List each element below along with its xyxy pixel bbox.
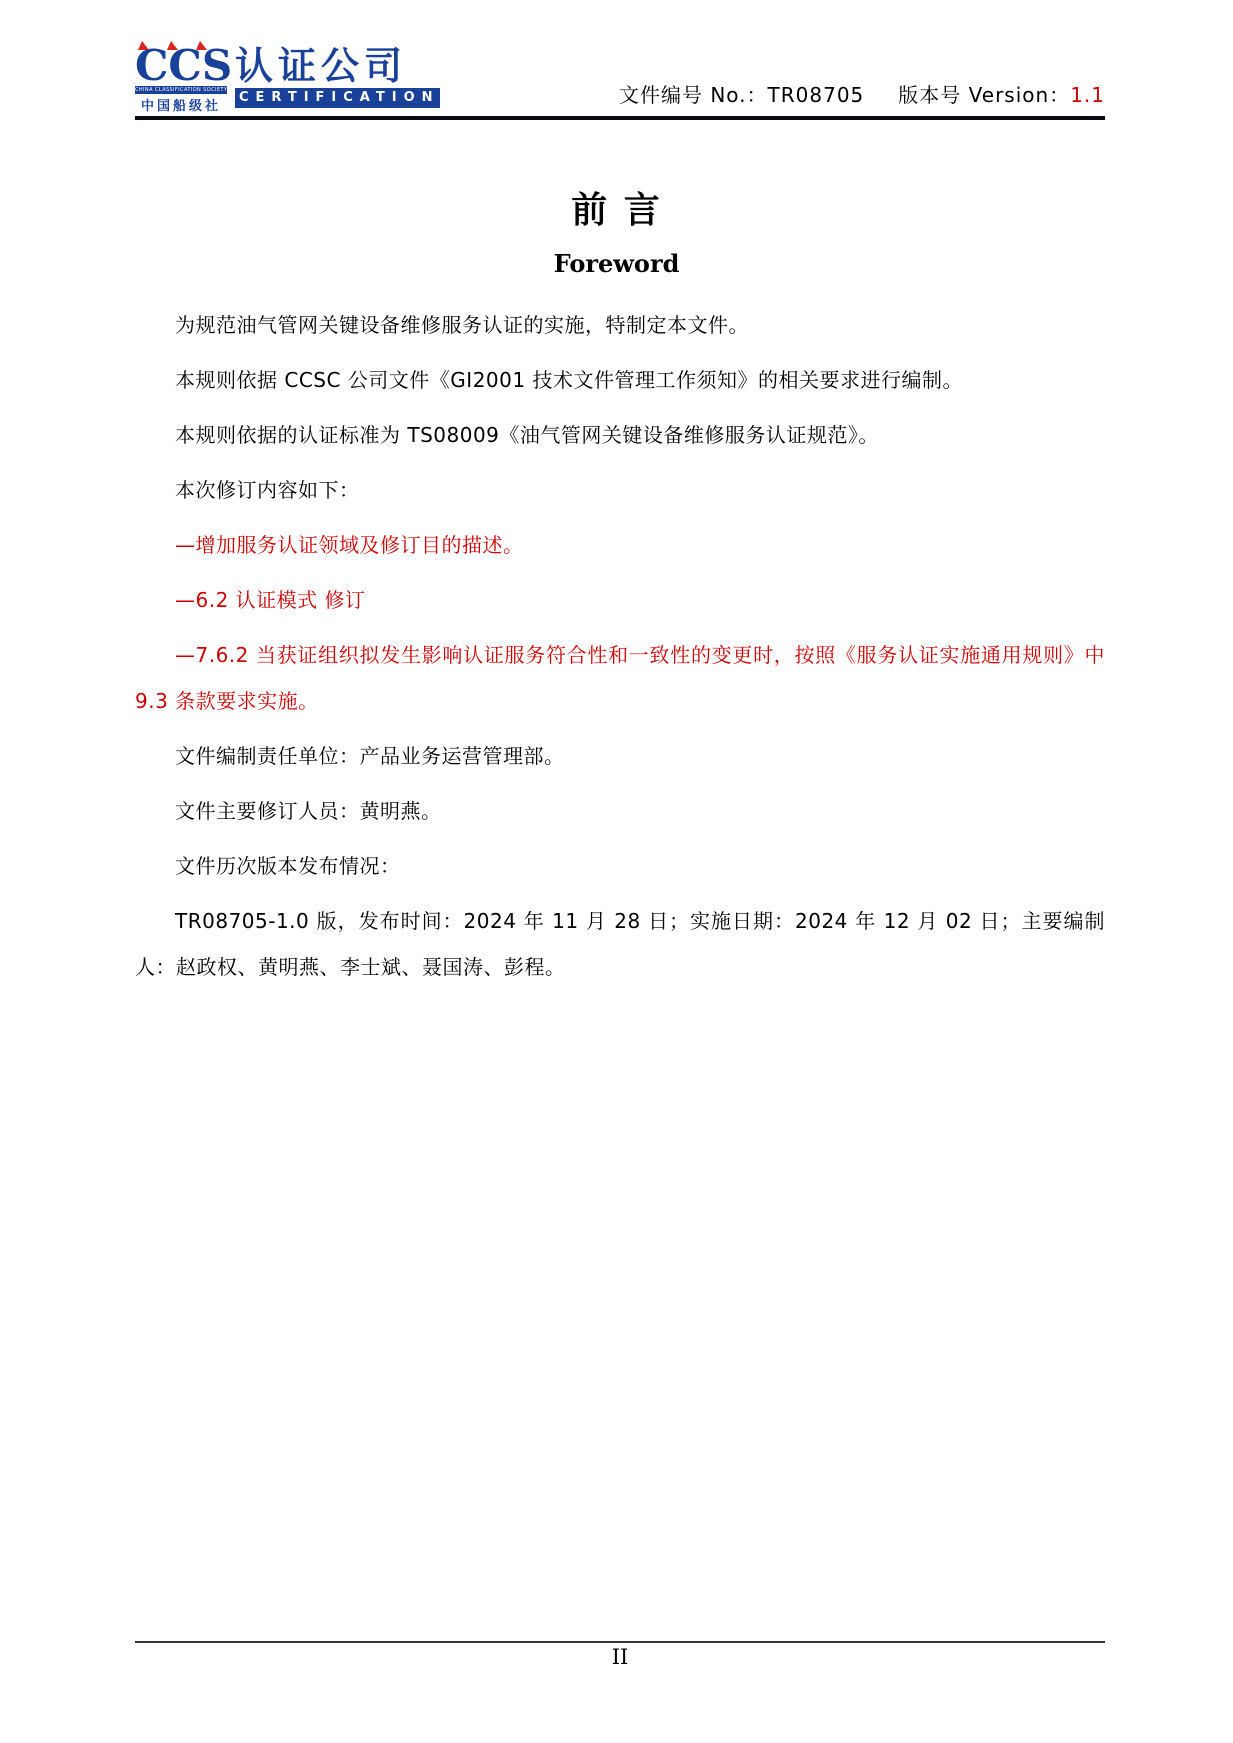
version-value: 1.1 [1070,83,1105,107]
logo-company-name: 认证公司 [235,46,440,86]
paragraph: 文件主要修订人员：黄明燕。 [135,788,1105,834]
document-page: CCS CHINA CLASSIFICATION SOCIETY 中国船级社 认… [0,0,1233,1743]
ccs-logo-mark: CCS CHINA CLASSIFICATION SOCIETY 中国船级社 [135,46,227,114]
document-body: 为规范油气管网关键设备维修服务认证的实施，特制定本文件。本规则依据 CCSC 公… [135,302,1105,999]
paragraph: —6.2 认证模式 修订 [135,577,1105,623]
paragraph: 文件编制责任单位：产品业务运营管理部。 [135,733,1105,779]
logo-society-cn: 中国船级社 [135,95,227,114]
ccs-logo-letters: CCS [135,46,227,86]
version-label: 版本号 Version： [898,83,1070,107]
paragraph: 为规范油气管网关键设备维修服务认证的实施，特制定本文件。 [135,302,1105,348]
paragraph: 本规则依据 CCSC 公司文件《GI2001 技术文件管理工作须知》的相关要求进… [135,357,1105,403]
logo-accent-icon [167,41,178,50]
page-footer: II [135,1641,1105,1669]
paragraph: —增加服务认证领域及修订目的描述。 [135,522,1105,568]
paragraph: 本次修订内容如下： [135,467,1105,513]
title-block: 前 言 Foreword [0,182,1233,278]
document-meta: 文件编号 No.：TR08705版本号 Version：1.1 [619,79,1105,114]
page-number: II [612,1645,629,1669]
ccs-logo-wordmark: 认证公司 CERTIFICATION [235,46,440,108]
page-subtitle: Foreword [0,249,1233,278]
logo-accent-icon [196,41,207,50]
logo-certification-bar: CERTIFICATION [235,88,440,108]
header-divider [135,116,1105,120]
page-title: 前 言 [0,182,1233,233]
ccs-logo: CCS CHINA CLASSIFICATION SOCIETY 中国船级社 认… [135,46,440,114]
paragraph: TR08705-1.0 版，发布时间：2024 年 11 月 28 日；实施日期… [135,898,1105,990]
logo-accent-icon [138,41,149,50]
doc-number: 文件编号 No.：TR08705 [619,83,864,107]
paragraph: —7.6.2 当获证组织拟发生影响认证服务符合性和一致性的变更时，按照《服务认证… [135,632,1105,724]
paragraph: 文件历次版本发布情况： [135,843,1105,889]
paragraph: 本规则依据的认证标准为 TS08009《油气管网关键设备维修服务认证规范》。 [135,412,1105,458]
page-header: CCS CHINA CLASSIFICATION SOCIETY 中国船级社 认… [135,48,1105,114]
